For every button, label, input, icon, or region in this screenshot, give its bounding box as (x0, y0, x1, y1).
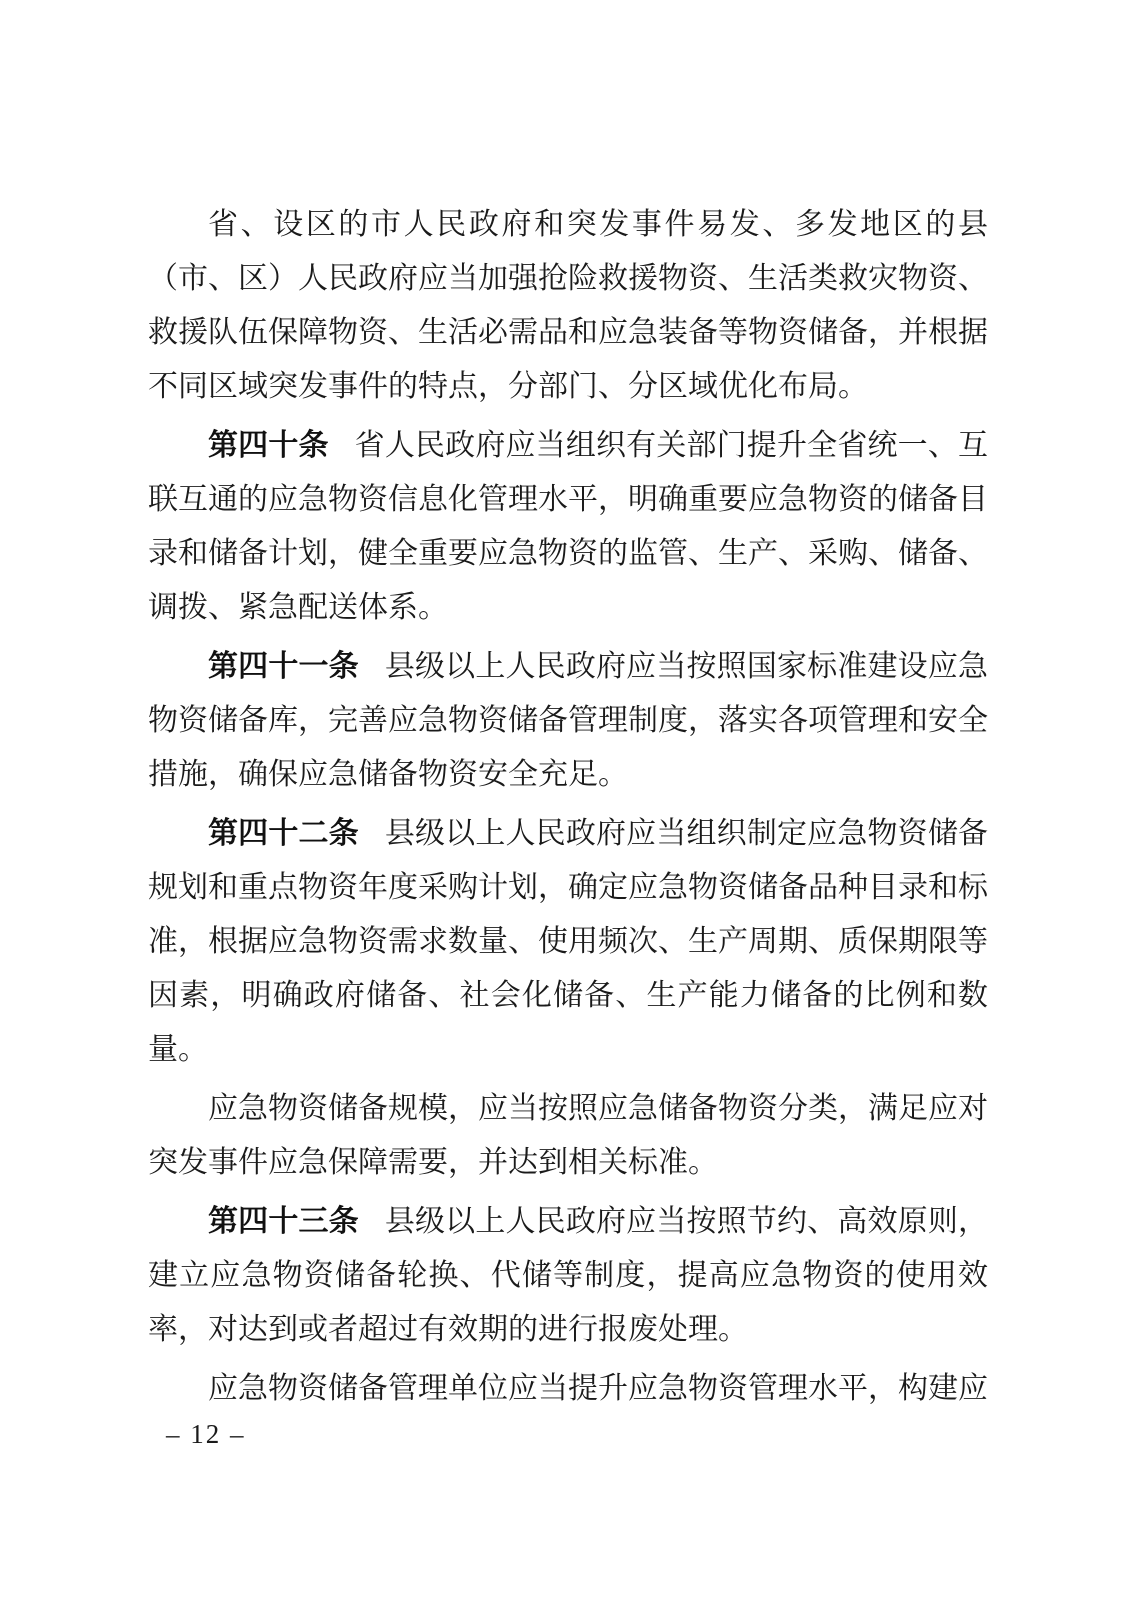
paragraph-article-41: 第四十一条县级以上人民政府应当按照国家标准建设应急物资储备库，完善应急物资储备管… (148, 640, 988, 802)
article-number: 第四十一条 (208, 650, 359, 683)
article-number: 第四十二条 (208, 817, 359, 850)
document-page: 省、设区的市人民政府和突发事件易发、多发地区的县（市、区）人民政府应当加强抢险救… (0, 0, 1132, 1600)
paragraph-article-42-clause-2: 应急物资储备规模，应当按照应急储备物资分类，满足应对突发事件应急保障需要，并达到… (148, 1082, 988, 1190)
paragraph-continuation-1: 省、设区的市人民政府和突发事件易发、多发地区的县（市、区）人民政府应当加强抢险救… (148, 198, 988, 414)
article-number: 第四十三条 (208, 1205, 359, 1238)
paragraph-article-43: 第四十三条县级以上人民政府应当按照节约、高效原则，建立应急物资储备轮换、代储等制… (148, 1195, 988, 1357)
paragraph-article-43-clause-2: 应急物资储备管理单位应当提升应急物资管理水平，构建应 (148, 1362, 988, 1416)
paragraph-article-42: 第四十二条县级以上人民政府应当组织制定应急物资储备规划和重点物资年度采购计划，确… (148, 807, 988, 1077)
document-body: 省、设区的市人民政府和突发事件易发、多发地区的县（市、区）人民政府应当加强抢险救… (148, 198, 988, 1416)
paragraph-text: 应急物资储备规模，应当按照应急储备物资分类，满足应对突发事件应急保障需要，并达到… (148, 1092, 988, 1179)
page-number: – 12 – (166, 1419, 246, 1449)
paragraph-text: 省、设区的市人民政府和突发事件易发、多发地区的县（市、区）人民政府应当加强抢险救… (148, 208, 988, 403)
paragraph-text: 应急物资储备管理单位应当提升应急物资管理水平，构建应 (208, 1372, 988, 1405)
paragraph-text: 县级以上人民政府应当组织制定应急物资储备规划和重点物资年度采购计划，确定应急物资… (148, 817, 988, 1066)
article-number: 第四十条 (208, 429, 329, 462)
paragraph-article-40: 第四十条省人民政府应当组织有关部门提升全省统一、互联互通的应急物资信息化管理水平… (148, 419, 988, 635)
